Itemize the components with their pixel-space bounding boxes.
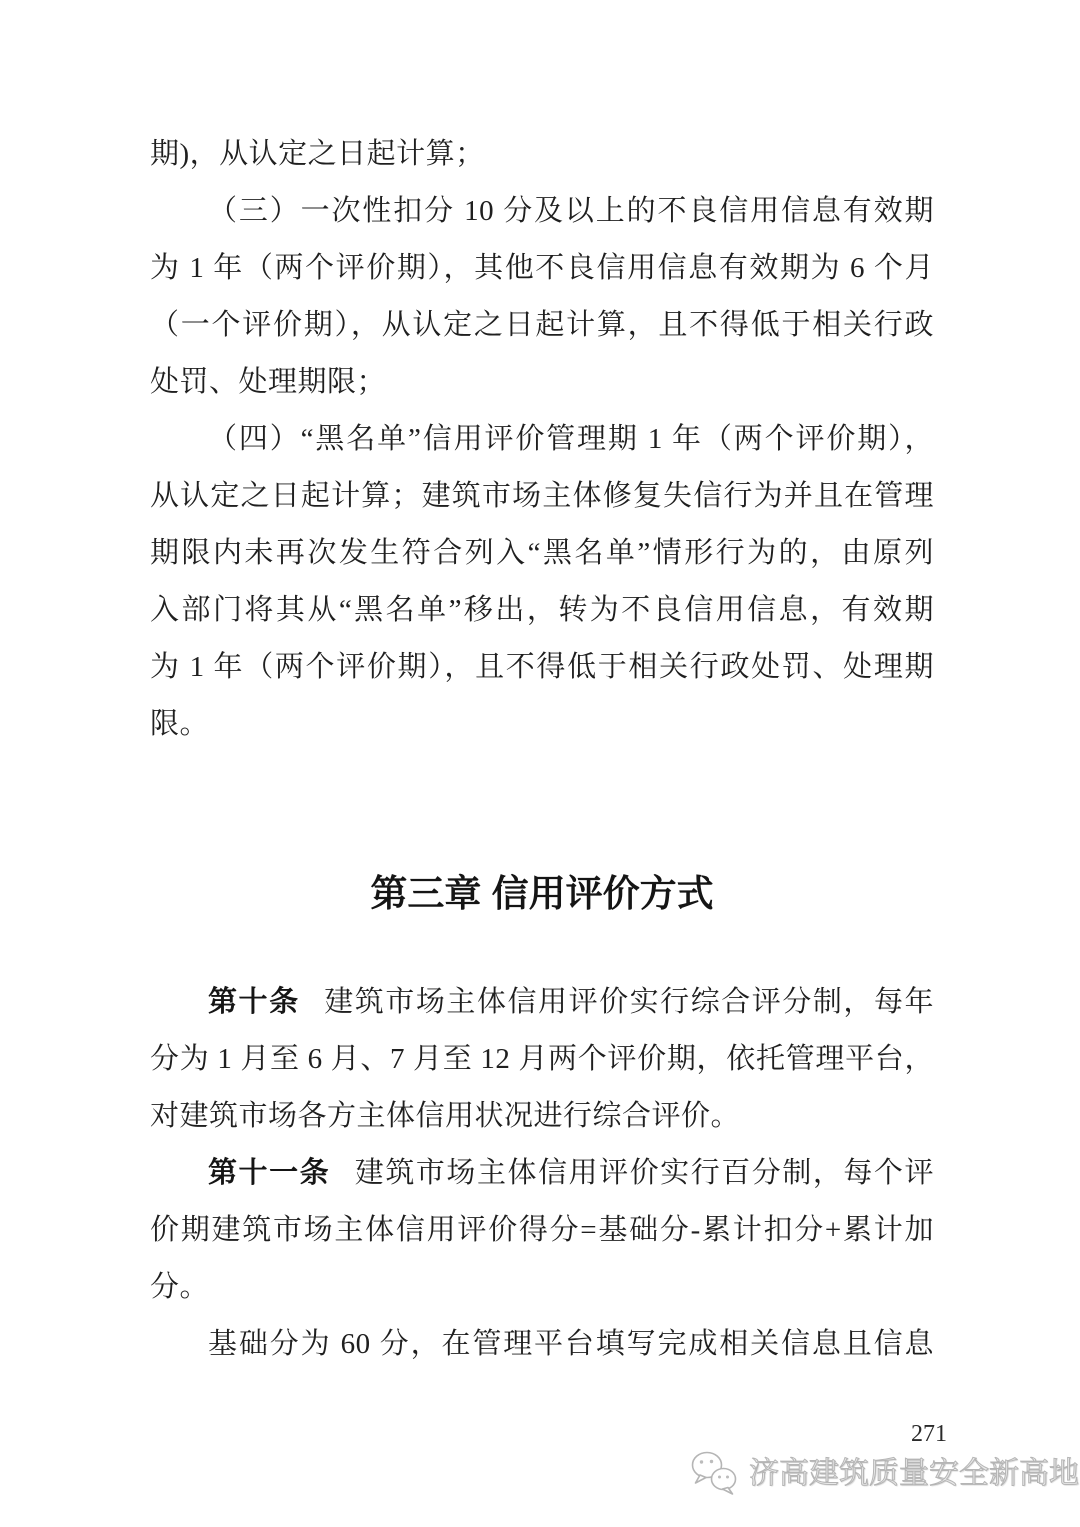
article-line: 价期建筑市场主体信用评价得分=基础分-累计扣分+累计加 [150,1202,934,1259]
watermark-text: 济高建筑质量安全新高地 [749,1448,1079,1500]
article-line: 第十一条建筑市场主体信用评价实行百分制，每个评 [150,1145,934,1202]
body-line: 从认定之日起计算；建筑市场主体修复失信行为并且在管理 [150,468,934,525]
spacer [150,922,934,974]
spacer [150,753,934,865]
article-text: 建筑市场主体信用评价实行百分制，每个评 [355,1157,934,1189]
article-number: 第十一条 [208,1157,330,1189]
article-line: 对建筑市场各方主体信用状况进行综合评价。 [150,1088,934,1145]
article-line: 分为 1 月至 6 月、7 月至 12 月两个评价期，依托管理平台， [150,1031,934,1088]
body-line: 为 1 年（两个评价期），其他不良信用信息有效期为 6 个月 [150,240,934,297]
watermark: 济高建筑质量安全新高地 [690,1448,1079,1500]
body-line: 为 1 年（两个评价期），且不得低于相关行政处罚、处理期 [150,639,934,696]
body-line: 限。 [150,696,934,753]
page-number: 271 [911,1421,947,1448]
body-line: 期)，从认定之日起计算； [150,126,934,183]
article-number: 第十条 [208,986,300,1018]
body-line: 基础分为 60 分，在管理平台填写完成相关信息且信息 [150,1316,934,1373]
article-line: 分。 [150,1259,934,1316]
chapter-heading: 第三章 信用评价方式 [150,865,934,922]
body-line: （四）“黑名单”信用评价管理期 1 年（两个评价期）， [150,411,934,468]
body-line: （三）一次性扣分 10 分及以上的不良信用信息有效期 [150,183,934,240]
article-line: 第十条建筑市场主体信用评价实行综合评分制，每年 [150,974,934,1031]
document-page: 期)，从认定之日起计算； （三）一次性扣分 10 分及以上的不良信用信息有效期 … [0,0,1080,1527]
body-line: （一个评价期），从认定之日起计算，且不得低于相关行政 [150,297,934,354]
body-line: 入部门将其从“黑名单”移出，转为不良信用信息，有效期 [150,582,934,639]
body-line: 期限内未再次发生符合列入“黑名单”情形行为的，由原列 [150,525,934,582]
document-body: 期)，从认定之日起计算； （三）一次性扣分 10 分及以上的不良信用信息有效期 … [150,126,934,1373]
body-line: 处罚、处理期限； [150,354,934,411]
article-text: 建筑市场主体信用评价实行综合评分制，每年 [324,986,934,1018]
wechat-icon [690,1449,740,1499]
